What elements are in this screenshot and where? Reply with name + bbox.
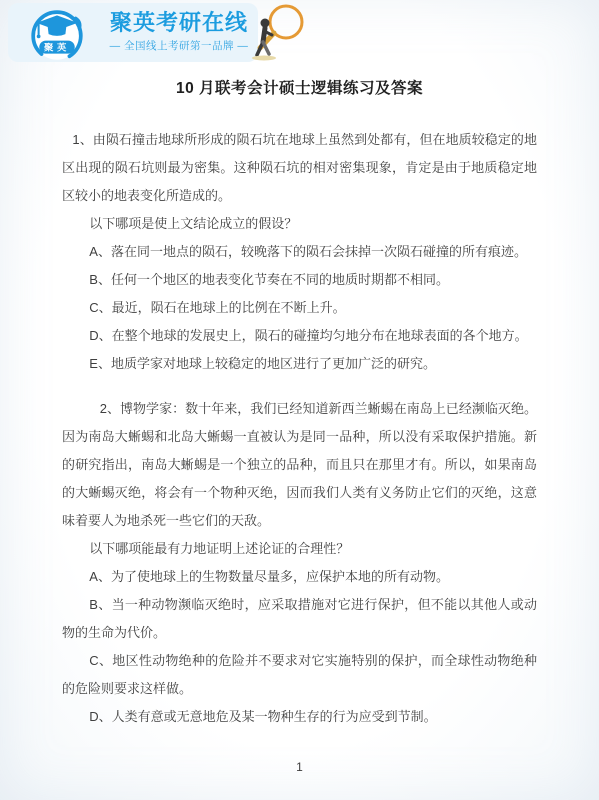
svg-text:聚英: 聚英 bbox=[44, 41, 70, 52]
page-title: 10 月联考会计硕士逻辑练习及答案 bbox=[62, 76, 537, 98]
brand-title: 聚英考研在线 bbox=[110, 8, 248, 38]
juying-badge-icon: 聚英 bbox=[24, 7, 90, 63]
question-1-option-a: A、落在同一地点的陨石，较晚落下的陨石会抹掉一次陨石碰撞的所有痕迹。 bbox=[62, 238, 537, 266]
question-1-option-e: E、地质学家对地球上较稳定的地区进行了更加广泛的研究。 bbox=[62, 350, 537, 378]
brand-text-block: 聚英考研在线 — 全国线上考研第一品牌 — bbox=[104, 8, 254, 54]
question-2-option-b: B、当一种动物濒临灭绝时，应采取措施对它进行保护，但不能以其他人或动物的生命为代… bbox=[62, 591, 537, 647]
question-1-prompt: 以下哪项是使上文结论成立的假设？ bbox=[62, 210, 537, 238]
question-1-option-b: B、任何一个地区的地表变化节奏在不同的地质时期都不相同。 bbox=[62, 266, 537, 294]
brand-tagline: — 全国线上考研第一品牌 — bbox=[110, 38, 249, 54]
question-2-option-c: C、地区性动物绝种的危险并不要求对它实施特别的保护，而全球性动物绝种的危险则要求… bbox=[62, 647, 537, 703]
document-page: 聚英 聚英考研在线 — 全国线上考研第一品牌 — 10 月联考会计硕士逻辑练习及… bbox=[0, 0, 599, 800]
question-2-stem: 2、博物学家：数十年来，我们已经知道新西兰蜥蜴在南岛上已经濒临灭绝。因为南岛大蜥… bbox=[62, 395, 537, 535]
document-content: 1、由陨石撞击地球所形成的陨石坑在地球上虽然到处都有，但在地质较稳定的地区出现的… bbox=[62, 126, 537, 731]
question-2-prompt: 以下哪项能最有力地证明上述论证的合理性？ bbox=[62, 535, 537, 563]
question-1-option-d: D、在整个地球的发展史上，陨石的碰撞均匀地分布在地球表面的各个地方。 bbox=[62, 322, 537, 350]
question-1-stem: 1、由陨石撞击地球所形成的陨石坑在地球上虽然到处都有，但在地质较稳定的地区出现的… bbox=[62, 126, 537, 210]
page-number: 1 bbox=[0, 760, 599, 774]
question-2-option-a: A、为了使地球上的生物数量尽量多，应保护本地的所有动物。 bbox=[62, 563, 537, 591]
question-2-option-d: D、人类有意或无意地危及某一物种生存的行为应受到节制。 bbox=[62, 703, 537, 731]
brand-banner: 聚英 聚英考研在线 — 全国线上考研第一品牌 — bbox=[8, 3, 258, 62]
question-1: 1、由陨石撞击地球所形成的陨石坑在地球上虽然到处都有，但在地质较稳定的地区出现的… bbox=[62, 126, 537, 378]
question-2: 2、博物学家：数十年来，我们已经知道新西兰蜥蜴在南岛上已经濒临灭绝。因为南岛大蜥… bbox=[62, 395, 537, 731]
question-1-option-c: C、最近，陨石在地球上的比例在不断上升。 bbox=[62, 294, 537, 322]
person-magnifier-icon bbox=[238, 2, 310, 68]
